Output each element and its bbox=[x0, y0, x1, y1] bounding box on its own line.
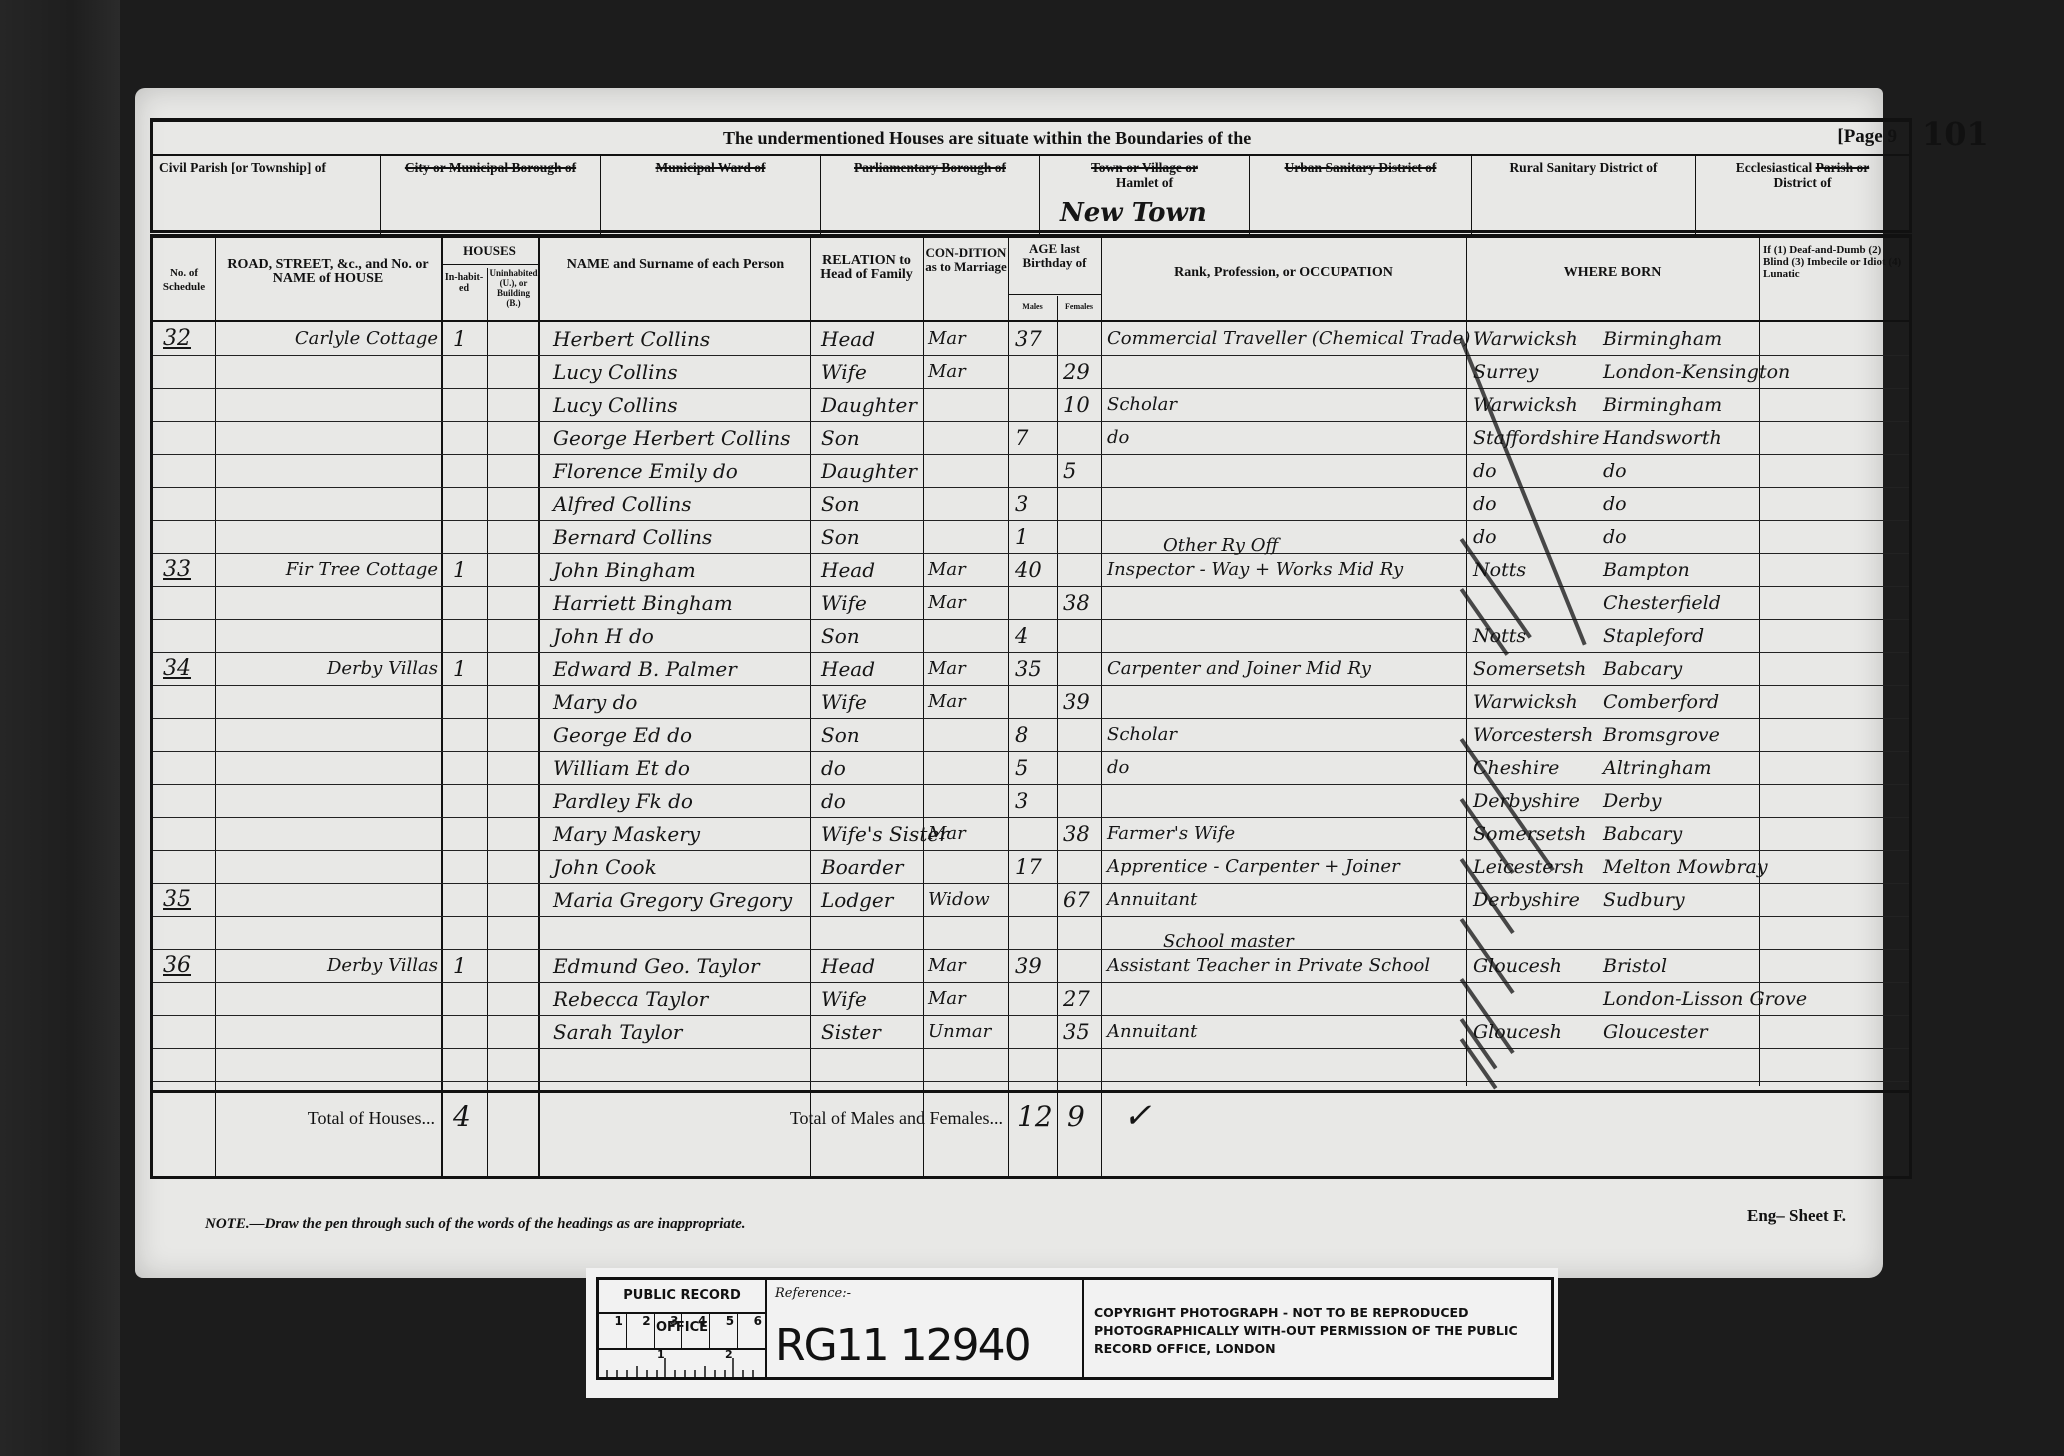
name-cell: Lucy Collins bbox=[553, 390, 808, 420]
condition-cell: Mar bbox=[928, 984, 1008, 1014]
born-place-cell: Melton Mowbray bbox=[1603, 852, 1803, 882]
relation-cell: Son bbox=[821, 423, 921, 453]
col-divider bbox=[810, 238, 811, 1176]
header-schedule: No. of Schedule bbox=[153, 266, 215, 294]
born-county-cell: Surrey bbox=[1473, 357, 1593, 387]
born-county-cell: do bbox=[1473, 522, 1593, 552]
header-infirmity: If (1) Deaf-and-Dumb (2) Blind (3) Imbec… bbox=[1763, 244, 1909, 280]
occupation-cell: Inspector - Way + Works Mid Ry bbox=[1107, 555, 1467, 585]
male-age-cell: 4 bbox=[1015, 621, 1055, 651]
row-rule bbox=[153, 619, 1909, 620]
row-rule bbox=[153, 718, 1909, 719]
born-place-cell: London-Kensington bbox=[1603, 357, 1803, 387]
houses-subline bbox=[441, 264, 538, 265]
header-males: Males bbox=[1008, 300, 1057, 314]
road-cell: Derby Villas bbox=[223, 654, 438, 684]
ecclesiastical-prefix: Ecclesiastical bbox=[1736, 160, 1812, 175]
schedule-cell: 34 bbox=[163, 654, 213, 684]
hamlet-label: Hamlet of bbox=[1040, 175, 1249, 190]
male-age-cell: 5 bbox=[1015, 753, 1055, 783]
born-county-cell: do bbox=[1473, 456, 1593, 486]
col-divider bbox=[923, 238, 924, 1176]
reference-area: Reference:- RG11 12940 bbox=[765, 1280, 1084, 1377]
row-rule bbox=[153, 421, 1909, 422]
born-place-cell: Sudbury bbox=[1603, 885, 1803, 915]
row-rule bbox=[153, 1048, 1909, 1049]
name-cell: John Bingham bbox=[553, 555, 808, 585]
born-place-cell: Bampton bbox=[1603, 555, 1803, 585]
header-occupation: Rank, Profession, or OCCUPATION bbox=[1101, 266, 1466, 280]
col-divider bbox=[215, 238, 216, 1176]
col-divider bbox=[441, 238, 443, 1176]
header-name: NAME and Surname of each Person bbox=[553, 258, 798, 272]
parish-struck: Parish or bbox=[1816, 160, 1870, 175]
male-age-cell: 35 bbox=[1015, 654, 1055, 684]
condition-cell: Mar bbox=[928, 324, 1008, 354]
boundary-parliamentary-borough: Parliamentary Borough of bbox=[821, 154, 1040, 234]
row-rule bbox=[153, 850, 1909, 851]
born-place-cell: do bbox=[1603, 522, 1803, 552]
relation-cell: Son bbox=[821, 489, 921, 519]
male-age-cell: 8 bbox=[1015, 720, 1055, 750]
condition-cell: Mar bbox=[928, 555, 1008, 585]
road-cell: Derby Villas bbox=[223, 951, 438, 981]
relation-cell: Lodger bbox=[821, 885, 921, 915]
check-mark: ✓ bbox=[1123, 1096, 1152, 1136]
relation-cell: Wife bbox=[821, 984, 921, 1014]
row-rule bbox=[153, 685, 1909, 686]
condition-cell: Mar bbox=[928, 588, 1008, 618]
male-age-cell: 39 bbox=[1015, 951, 1055, 981]
relation-cell: do bbox=[821, 786, 921, 816]
hamlet-label-wrap: Town or Village or Hamlet of bbox=[1040, 154, 1249, 190]
inhabited-cell: 1 bbox=[453, 951, 483, 981]
name-cell: John H do bbox=[553, 621, 808, 651]
inhabited-cell: 1 bbox=[453, 324, 483, 354]
occupation-cell: Annuitant bbox=[1107, 885, 1467, 915]
name-cell: Alfred Collins bbox=[553, 489, 808, 519]
row-rule bbox=[153, 883, 1909, 884]
row-rule bbox=[153, 454, 1909, 455]
condition-cell: Widow bbox=[928, 885, 1008, 915]
name-cell: William Et do bbox=[553, 753, 808, 783]
age-subline bbox=[1008, 294, 1101, 295]
urban-sanitary-label: Urban Sanitary District of bbox=[1250, 154, 1471, 175]
town-village-struck: Town or Village or bbox=[1040, 160, 1249, 175]
parliamentary-borough-label: Parliamentary Borough of bbox=[821, 154, 1039, 175]
name-cell: Edmund Geo. Taylor bbox=[553, 951, 808, 981]
relation-cell: Daughter bbox=[821, 390, 921, 420]
ecclesiastical-district-label: District of bbox=[1696, 175, 1909, 190]
female-age-cell: 39 bbox=[1063, 687, 1099, 717]
name-cell: Mary do bbox=[553, 687, 808, 717]
scale-mark: 3 bbox=[655, 1314, 683, 1348]
schedule-cell: 33 bbox=[163, 555, 213, 585]
name-cell: Pardley Fk do bbox=[553, 786, 808, 816]
municipal-ward-label: Municipal Ward of bbox=[601, 154, 820, 175]
name-cell: Herbert Collins bbox=[553, 324, 808, 354]
born-place-cell: Altringham bbox=[1603, 753, 1803, 783]
total-females-value: 9 bbox=[1067, 1100, 1085, 1133]
inhabited-cell: 1 bbox=[453, 555, 483, 585]
ecclesiastical-label-wrap: Ecclesiastical Parish or District of bbox=[1696, 154, 1909, 190]
header-uninhabited: Uninhabited (U.), or Building (B.) bbox=[489, 268, 538, 308]
relation-cell: Son bbox=[821, 720, 921, 750]
sheet-label: Eng– Sheet F. bbox=[1747, 1206, 1846, 1226]
born-place-cell: London-Lisson Grove bbox=[1603, 984, 1803, 1014]
boundary-title-row: The undermentioned Houses are situate wi… bbox=[153, 124, 1909, 156]
born-place-cell: Comberford bbox=[1603, 687, 1803, 717]
female-age-cell: 38 bbox=[1063, 819, 1099, 849]
relation-cell: Wife's Sister bbox=[821, 819, 921, 849]
reference-label: Reference:- bbox=[775, 1286, 851, 1301]
occupation-cell: do bbox=[1107, 423, 1467, 453]
born-place-cell: Handsworth bbox=[1603, 423, 1803, 453]
born-place-cell: Gloucester bbox=[1603, 1017, 1803, 1047]
relation-cell: Son bbox=[821, 621, 921, 651]
folio-number: 101 bbox=[1922, 115, 1989, 153]
born-county-cell: Leicestersh bbox=[1473, 852, 1593, 882]
road-cell: Carlyle Cottage bbox=[223, 324, 438, 354]
relation-cell: Wife bbox=[821, 687, 921, 717]
total-persons-label: Total of Males and Females... bbox=[553, 1108, 1003, 1129]
total-houses-label: Total of Houses... bbox=[153, 1108, 435, 1129]
name-cell: Bernard Collins bbox=[553, 522, 808, 552]
public-record-office-title: PUBLIC RECORD OFFICE bbox=[599, 1280, 767, 1314]
female-age-cell: 35 bbox=[1063, 1017, 1099, 1047]
born-county-cell: Somersetsh bbox=[1473, 654, 1593, 684]
male-age-cell: 3 bbox=[1015, 786, 1055, 816]
name-cell: Rebecca Taylor bbox=[553, 984, 808, 1014]
schedule-cell: 32 bbox=[163, 324, 213, 354]
header-divider bbox=[153, 320, 1909, 322]
relation-cell: do bbox=[821, 753, 921, 783]
row-rule bbox=[153, 388, 1909, 389]
census-table: No. of Schedule ROAD, STREET, &c., and N… bbox=[150, 234, 1912, 1179]
inch-1: 1 bbox=[657, 1348, 665, 1361]
col-divider bbox=[1101, 238, 1102, 1176]
total-houses-value: 4 bbox=[453, 1100, 471, 1133]
relation-cell: Wife bbox=[821, 357, 921, 387]
relation-cell: Boarder bbox=[821, 852, 921, 882]
total-males-value: 12 bbox=[1017, 1100, 1053, 1133]
female-age-cell: 29 bbox=[1063, 357, 1099, 387]
boundary-rural-sanitary: Rural Sanitary District of bbox=[1472, 154, 1696, 234]
header-inhabited: In-habit-ed bbox=[441, 272, 487, 294]
born-place-cell: Bristol bbox=[1603, 951, 1803, 981]
hamlet-value: New Town bbox=[1060, 198, 1207, 228]
boundary-urban-sanitary: Urban Sanitary District of bbox=[1250, 154, 1472, 234]
born-place-cell: Chesterfield bbox=[1603, 588, 1803, 618]
born-place-cell: Babcary bbox=[1603, 819, 1803, 849]
male-age-cell: 17 bbox=[1015, 852, 1055, 882]
male-age-cell: 1 bbox=[1015, 522, 1055, 552]
name-cell: Sarah Taylor bbox=[553, 1017, 808, 1047]
scale-mark: 4 bbox=[682, 1314, 710, 1348]
relation-cell: Head bbox=[821, 951, 921, 981]
male-age-cell: 7 bbox=[1015, 423, 1055, 453]
copyright-notice: COPYRIGHT PHOTOGRAPH - NOT TO BE REPRODU… bbox=[1094, 1304, 1544, 1358]
female-age-cell: 38 bbox=[1063, 588, 1099, 618]
name-cell: Harriett Bingham bbox=[553, 588, 808, 618]
born-place-cell: Bromsgrove bbox=[1603, 720, 1803, 750]
born-place-cell: Babcary bbox=[1603, 654, 1803, 684]
header-condition: CON-DITION as to Marriage bbox=[925, 246, 1007, 274]
condition-cell: Unmar bbox=[928, 1017, 1008, 1047]
row-rule bbox=[153, 949, 1909, 950]
female-age-cell: 10 bbox=[1063, 390, 1099, 420]
boundary-civil-parish: Civil Parish [or Township] of bbox=[153, 154, 381, 234]
born-place-cell: do bbox=[1603, 489, 1803, 519]
occupation-cell: Commercial Traveller (Chemical Trade) bbox=[1107, 324, 1467, 354]
name-cell: Florence Emily do bbox=[553, 456, 808, 486]
scale-mark: 1 bbox=[599, 1314, 627, 1348]
row-rule bbox=[153, 355, 1909, 356]
reference-value: RG11 12940 bbox=[775, 1320, 1030, 1371]
born-county-cell: Worcestersh bbox=[1473, 720, 1593, 750]
name-cell: Edward B. Palmer bbox=[553, 654, 808, 684]
condition-cell: Mar bbox=[928, 654, 1008, 684]
occupation-annotation: Other Ry Off bbox=[1163, 531, 1278, 561]
scale-mark: 6 bbox=[738, 1314, 765, 1348]
name-cell: George Ed do bbox=[553, 720, 808, 750]
occupation-cell: Farmer's Wife bbox=[1107, 819, 1467, 849]
row-rule bbox=[153, 784, 1909, 785]
col-divider bbox=[1008, 238, 1009, 1176]
row-rule bbox=[153, 1081, 1909, 1082]
header-houses: HOUSES bbox=[441, 244, 538, 258]
occupation-annotation: School master bbox=[1163, 927, 1294, 957]
occupation-cell: do bbox=[1107, 753, 1467, 783]
name-cell: Maria Gregory Gregory bbox=[553, 885, 808, 915]
ruler-ticks-icon bbox=[599, 1350, 765, 1380]
schedule-cell: 36 bbox=[163, 951, 213, 981]
archive-label-frame: PUBLIC RECORD OFFICE 1 2 3 4 5 6 1 2 Ref… bbox=[596, 1277, 1554, 1380]
row-rule bbox=[153, 553, 1909, 554]
occupation-cell: Scholar bbox=[1107, 390, 1467, 420]
boundary-municipal-borough: City or Municipal Borough of bbox=[381, 154, 601, 234]
born-place-cell: do bbox=[1603, 456, 1803, 486]
header-relation: RELATION to Head of Family bbox=[810, 254, 923, 282]
boundary-municipal-ward: Municipal Ward of bbox=[601, 154, 821, 234]
header-where-born: WHERE BORN bbox=[1466, 266, 1759, 280]
occupation-cell: Scholar bbox=[1107, 720, 1467, 750]
male-age-cell: 37 bbox=[1015, 324, 1055, 354]
scan-background bbox=[0, 0, 120, 1456]
totals-divider bbox=[153, 1090, 1909, 1093]
header-age: AGE last Birthday of bbox=[1008, 242, 1101, 270]
female-age-cell: 67 bbox=[1063, 885, 1099, 915]
col-divider bbox=[487, 268, 488, 1176]
header-females: Females bbox=[1057, 300, 1101, 314]
name-cell: John Cook bbox=[553, 852, 808, 882]
born-place-cell: Stapleford bbox=[1603, 621, 1803, 651]
row-rule bbox=[153, 652, 1909, 653]
name-cell: Lucy Collins bbox=[553, 357, 808, 387]
male-age-cell: 3 bbox=[1015, 489, 1055, 519]
born-place-cell: Birmingham bbox=[1603, 324, 1803, 354]
row-rule bbox=[153, 982, 1909, 983]
rural-sanitary-label: Rural Sanitary District of bbox=[1472, 154, 1695, 175]
col-divider bbox=[1057, 296, 1058, 1176]
page-label: [Page 9 bbox=[1837, 126, 1897, 148]
born-county-cell: Warwicksh bbox=[1473, 687, 1593, 717]
boundary-ecclesiastical: Ecclesiastical Parish or District of bbox=[1696, 154, 1909, 234]
female-age-cell: 27 bbox=[1063, 984, 1099, 1014]
relation-cell: Head bbox=[821, 324, 921, 354]
civil-parish-label: Civil Parish [or Township] of bbox=[153, 154, 380, 175]
row-rule bbox=[153, 751, 1909, 752]
boundary-hamlet: Town or Village or Hamlet of New Town bbox=[1040, 154, 1250, 234]
row-rule bbox=[153, 487, 1909, 488]
born-county-cell: Warwicksh bbox=[1473, 324, 1593, 354]
inhabited-cell: 1 bbox=[453, 654, 483, 684]
born-place-cell: Derby bbox=[1603, 786, 1803, 816]
condition-cell: Mar bbox=[928, 687, 1008, 717]
relation-cell: Sister bbox=[821, 1017, 921, 1047]
inch-2: 2 bbox=[725, 1348, 733, 1361]
boundary-header: The undermentioned Houses are situate wi… bbox=[150, 118, 1912, 233]
scale-mark: 5 bbox=[710, 1314, 738, 1348]
relation-cell: Wife bbox=[821, 588, 921, 618]
relation-cell: Son bbox=[821, 522, 921, 552]
condition-cell: Mar bbox=[928, 951, 1008, 981]
relation-cell: Head bbox=[821, 555, 921, 585]
col-divider bbox=[538, 238, 540, 1176]
boundary-title: The undermentioned Houses are situate wi… bbox=[723, 128, 1251, 149]
born-county-cell: Derbyshire bbox=[1473, 786, 1593, 816]
cm-scale: 1 2 3 4 5 6 bbox=[599, 1314, 767, 1350]
municipal-borough-label: City or Municipal Borough of bbox=[381, 154, 600, 175]
occupation-cell: Apprentice - Carpenter + Joiner bbox=[1107, 852, 1467, 882]
male-age-cell: 40 bbox=[1015, 555, 1055, 585]
row-rule bbox=[153, 586, 1909, 587]
row-rule bbox=[153, 916, 1909, 917]
footnote: NOTE.—Draw the pen through such of the w… bbox=[205, 1216, 746, 1233]
row-rule bbox=[153, 817, 1909, 818]
relation-cell: Daughter bbox=[821, 456, 921, 486]
name-cell: Mary Maskery bbox=[553, 819, 808, 849]
name-cell: George Herbert Collins bbox=[553, 423, 808, 453]
schedule-cell: 35 bbox=[163, 885, 213, 915]
condition-cell: Mar bbox=[928, 357, 1008, 387]
scale-mark: 2 bbox=[627, 1314, 655, 1348]
born-county-cell: Staffordshire bbox=[1473, 423, 1593, 453]
occupation-cell: Carpenter and Joiner Mid Ry bbox=[1107, 654, 1467, 684]
condition-cell: Mar bbox=[928, 819, 1008, 849]
header-road: ROAD, STREET, &c., and No. or NAME of HO… bbox=[215, 258, 441, 286]
female-age-cell: 5 bbox=[1063, 456, 1099, 486]
inch-scale: 1 2 bbox=[599, 1350, 767, 1380]
relation-cell: Head bbox=[821, 654, 921, 684]
occupation-cell: Annuitant bbox=[1107, 1017, 1467, 1047]
road-cell: Fir Tree Cottage bbox=[223, 555, 438, 585]
row-rule bbox=[153, 520, 1909, 521]
row-rule bbox=[153, 1015, 1909, 1016]
archive-label: PUBLIC RECORD OFFICE 1 2 3 4 5 6 1 2 Ref… bbox=[586, 1268, 1558, 1398]
born-place-cell: Birmingham bbox=[1603, 390, 1803, 420]
